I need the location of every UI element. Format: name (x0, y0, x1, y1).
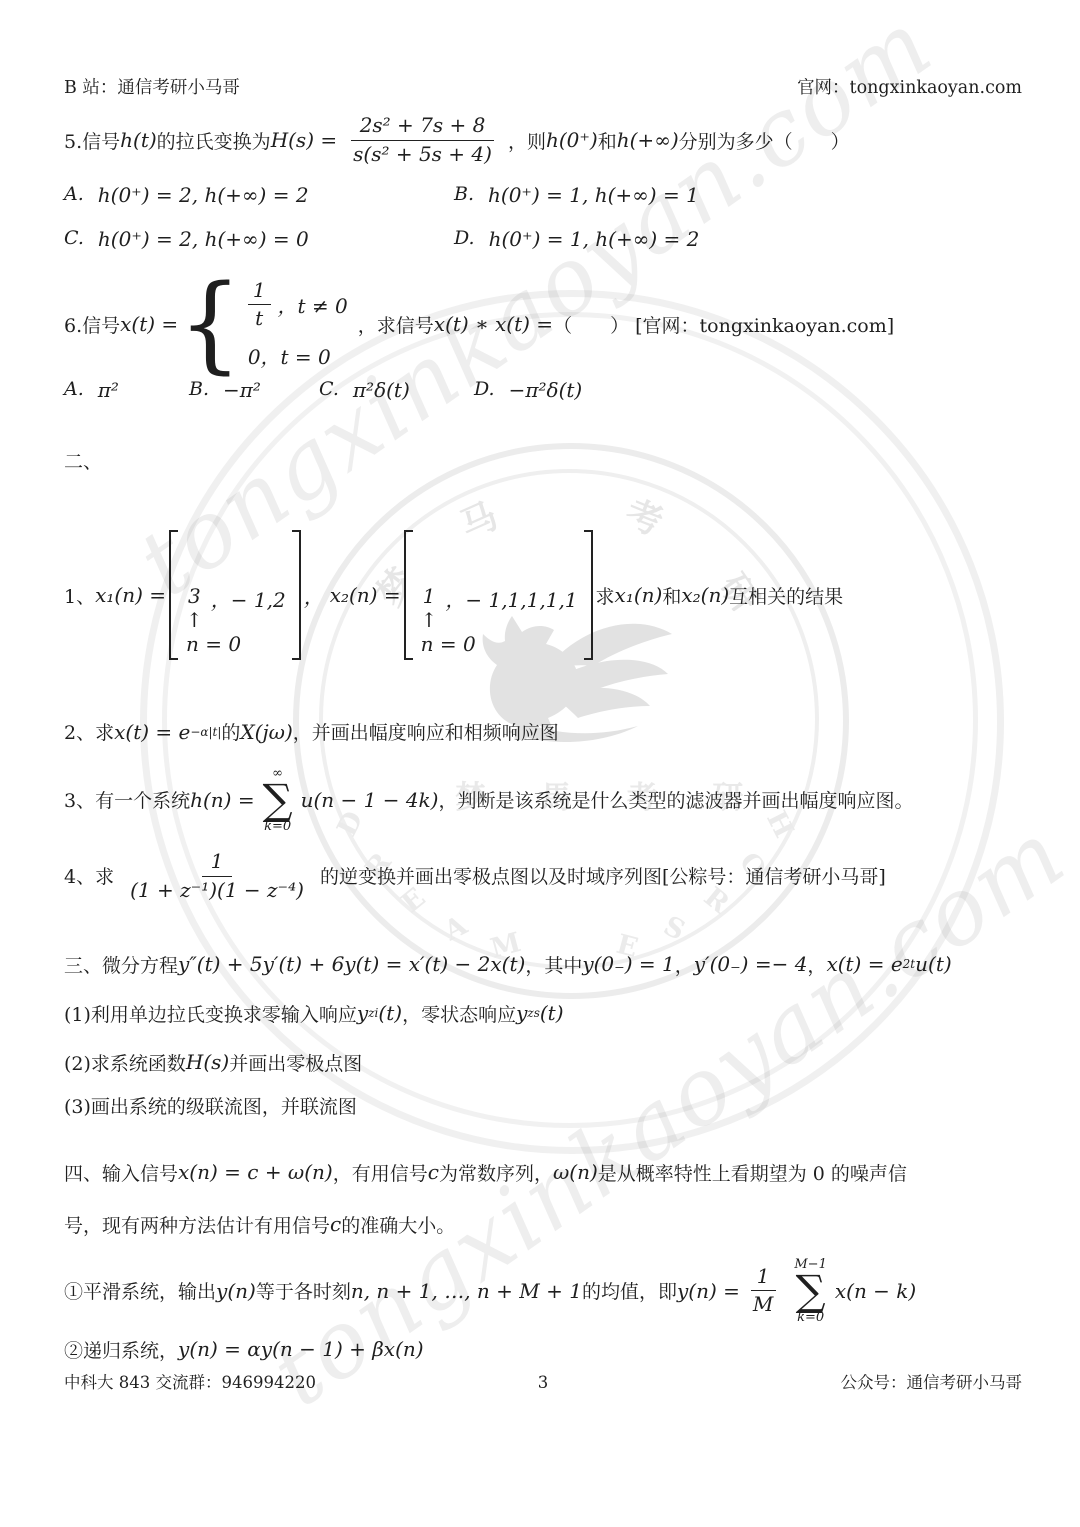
header-right: 官网：tongxinkaoyan.com (797, 74, 1022, 99)
footer-left: 中科大 843 交流群：946994220 (64, 1369, 538, 1393)
s3-item-2: (2)求系统函数H(s)并画出零极点图 (64, 1049, 1022, 1076)
section-2-heading: 二、 (64, 447, 1022, 474)
q5-hinf: h(+∞) (617, 128, 679, 152)
s2-question-4: 4、求 1 (1 + z⁻¹)(1 − z⁻⁴) 的逆变换并画出零极点图以及时域… (64, 849, 1022, 903)
q5-fraction: 2s² + 7s + 8 s(s² + 5s + 4) (344, 113, 501, 167)
q5-options-row-2: C. h(0⁺) = 2, h(+∞) = 0 D. h(0⁺) = 1, h(… (64, 227, 1022, 251)
piecewise-brace: { (178, 276, 242, 373)
page-content: B 站：通信考研小马哥 官网：tongxinkaoyan.com 5.信号h(t… (0, 0, 1080, 1393)
footer-right: 公众号：通信考研小马哥 (548, 1369, 1022, 1393)
q6-site: [官网：tongxinkaoyan.com] (635, 311, 894, 338)
sigma-glyph: ∑ (796, 1271, 826, 1311)
q6-option-a: A.π² (64, 378, 189, 402)
s2q1-number: 1、 (64, 582, 95, 609)
s4-method-2: ②递归系统，y(n) = αy(n − 1) + βx(n) (64, 1336, 1022, 1363)
origin-arrow: ↑ (186, 610, 203, 630)
page-number: 3 (538, 1373, 549, 1392)
left-bracket (404, 530, 413, 660)
right-bracket (584, 530, 593, 660)
q5-prefix: 5.信号 (64, 127, 120, 154)
section-3-heading: 三、微分方程y″(t) + 5y′(t) + 6y(t) = x′(t) − 2… (64, 951, 1022, 978)
s4-method-1: ①平滑系统，输出y(n)等于各时刻n, n + 1, …, n + M + 1 … (64, 1258, 1022, 1324)
q5-option-b: B. h(0⁺) = 1, h(+∞) = 1 (454, 183, 699, 207)
summation: ∞ ∑ k=0 (263, 767, 293, 833)
exam-page: tongxinkaoyan.com tongxinkaoyan.com 梦 马 … (0, 0, 1080, 1527)
q5-option-c: C. h(0⁺) = 2, h(+∞) = 0 (64, 227, 454, 251)
q6-conv: x(t) ∗ x(t) = (434, 312, 553, 336)
q6-mid: ，求信号 (358, 311, 434, 338)
s2q1-x1: x₁(n) = (95, 583, 166, 607)
s2-question-1: 1、 x₁(n) = 3 ↑ ，− 1,2 n = 0 ， x₂(n (64, 530, 1022, 660)
mean-fraction: 1 M (747, 1264, 779, 1317)
q5-mid: 的拉氏变换为 (157, 127, 271, 154)
q5-option-a: A. h(0⁺) = 2, h(+∞) = 2 (64, 183, 454, 207)
page-footer: 中科大 843 交流群：946994220 3 公众号：通信考研小马哥 (64, 1369, 1022, 1393)
q6-option-d: D.−π²δ(t) (474, 378, 582, 402)
q6-option-c: C.π²δ(t) (319, 378, 474, 402)
header-left: B 站：通信考研小马哥 (64, 74, 240, 99)
page-header: B 站：通信考研小马哥 官网：tongxinkaoyan.com (64, 74, 1022, 99)
matrix-x2: 1 ↑ ，− 1,1,1,1,1 n = 0 (404, 530, 593, 660)
piecewise-cases: 1t ，t ≠ 0 0，t = 0 (248, 278, 348, 370)
origin-arrow: ↑ (421, 610, 438, 630)
s2-question-3: 3、有一个系统h(n) = ∞ ∑ k=0 u(n − 1 − 4k)，判断是该… (64, 767, 1022, 833)
q6-xt: x(t) = (120, 312, 178, 336)
q6-prefix: 6.信号 (64, 311, 120, 338)
s2q1-x2: x₂(n) = (330, 583, 401, 607)
q5-tail: 分别为多少（ ） (679, 127, 850, 154)
q5-option-d: D. h(0⁺) = 1, h(+∞) = 2 (454, 227, 699, 251)
sigma-glyph: ∑ (263, 780, 293, 820)
question-6: 6.信号x(t) = { 1t ，t ≠ 0 0，t = 0 ，求信号x(t) … (64, 278, 1022, 370)
q5-h0: h(0⁺) (546, 128, 598, 152)
q5-then: ，则 (508, 127, 546, 154)
summation: M−1 ∑ k=0 (794, 1258, 826, 1324)
q5-options-row-1: A. h(0⁺) = 2, h(+∞) = 2 B. h(0⁺) = 1, h(… (64, 183, 1022, 207)
q4-fraction: 1 (1 + z⁻¹)(1 − z⁻⁴) (121, 849, 313, 903)
s3-item-1: (1)利用单边拉氏变换求零输入响应yzi(t)，零状态响应yzs(t) (64, 1000, 1022, 1027)
case-2: 0，t = 0 (248, 341, 348, 370)
q5-and: 和 (598, 127, 617, 154)
s2-question-2: 2、求x(t) = e−α|t|的X(jω)，并画出幅度响应和相频响应图 (64, 718, 1022, 745)
section-4-intro-line2: 号，现有两种方法估计有用信号c的准确大小。 (64, 1211, 1022, 1238)
right-bracket (292, 530, 301, 660)
matrix-x1: 3 ↑ ，− 1,2 n = 0 (169, 530, 301, 660)
case-1: 1t ，t ≠ 0 (248, 278, 348, 331)
q5-hs: H(s) = (271, 128, 337, 152)
s3-item-3: (3)画出系统的级联流图，并联流图 (64, 1092, 1022, 1119)
left-bracket (169, 530, 178, 660)
question-5: 5.信号h(t)的拉氏变换为H(s) = 2s² + 7s + 8 s(s² +… (64, 113, 1022, 167)
q6-paren: （ ） (553, 311, 629, 338)
section-4-intro-line1: 四、输入信号x(n) = c + ω(n)，有用信号c为常数序列，ω(n)是从概… (64, 1159, 1022, 1186)
q5-ht: h(t) (120, 128, 157, 152)
